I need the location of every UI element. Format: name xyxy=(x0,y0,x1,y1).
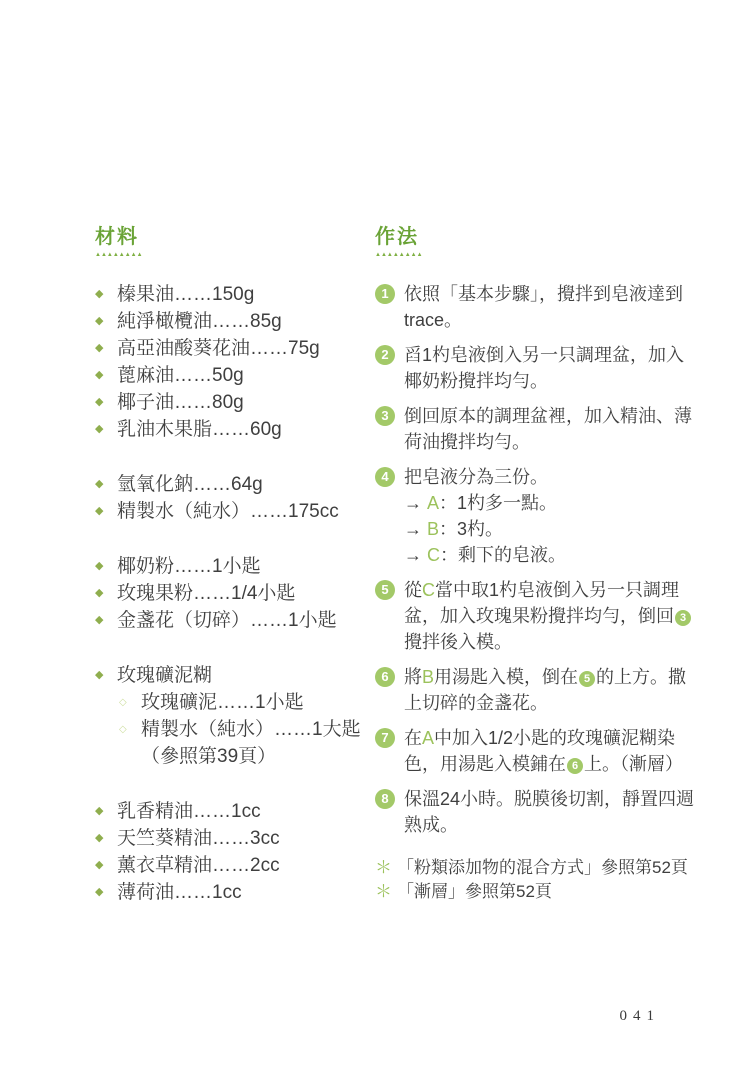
step-text-segment: 攪拌後入模。 xyxy=(404,632,512,652)
recipe-page: 材料 ▲▲▲▲▲▲▲▲ ◆榛果油……150g◆純淨橄欖油……85g◆高亞油酸葵花… xyxy=(0,0,750,1065)
step-number-badge: 3 xyxy=(375,406,395,426)
arrow-icon: → xyxy=(404,519,422,539)
method-title: 作法 xyxy=(375,226,697,248)
portion-line: →B：3杓。 xyxy=(404,516,696,542)
material-item-text: 玫瑰果粉……1/4小匙 xyxy=(117,580,295,607)
portion-text: ：1杓多一點。 xyxy=(439,493,557,513)
diamond-bullet-icon: ◆ xyxy=(95,281,117,308)
step-text-segment: 保溫24小時。脱膜後切割，靜置四週熟成。 xyxy=(404,789,694,835)
step-number-badge: 5 xyxy=(375,580,395,600)
open-diamond-bullet-icon: ◇ xyxy=(119,716,141,743)
step-text: 保溫24小時。脱膜後切割，靜置四週熟成。 xyxy=(404,786,696,838)
material-item: ◆純淨橄欖油……85g xyxy=(95,308,380,335)
material-item-text: 乳油木果脂……60g xyxy=(117,416,282,443)
method-step: 5從C當中取1杓皂液倒入另一只調理盆，加入玫瑰果粉攪拌均勻，倒回3攪拌後入模。 xyxy=(375,577,697,655)
diamond-bullet-icon: ◆ xyxy=(95,389,117,416)
material-item: ◆金盞花（切碎）……1小匙 xyxy=(95,607,380,634)
diamond-bullet-icon: ◆ xyxy=(95,308,117,335)
portion-ref-label: C xyxy=(422,580,435,600)
step-text-segment: 上。（漸層） xyxy=(584,754,683,774)
step-text: 把皂液分為三份。→A：1杓多一點。→B：3杓。→C：剩下的皂液。 xyxy=(404,464,696,568)
method-step: 3倒回原本的調理盆裡，加入精油、薄荷油攪拌均勻。 xyxy=(375,403,697,455)
step-text: 從C當中取1杓皂液倒入另一只調理盆，加入玫瑰果粉攪拌均勻，倒回3攪拌後入模。 xyxy=(404,577,696,655)
step-number-badge: 7 xyxy=(375,728,395,748)
portion-ref-label: A xyxy=(422,728,434,748)
material-item-text: 氫氧化鈉……64g xyxy=(117,471,263,498)
step-text-segment: 將 xyxy=(404,667,422,687)
material-item: ◆天竺葵精油……3cc xyxy=(95,825,380,852)
material-item: ◆薄荷油……1cc xyxy=(95,879,380,906)
material-group: ◆椰奶粉……1小匙◆玫瑰果粉……1/4小匙◆金盞花（切碎）……1小匙 xyxy=(95,553,380,634)
material-item: ◆乳油木果脂……60g xyxy=(95,416,380,443)
note-asterisk-icon: ＊ xyxy=(375,880,397,904)
open-diamond-bullet-icon: ◇ xyxy=(119,689,141,716)
material-item: ◆精製水（純水）……175cc xyxy=(95,498,380,525)
step-number-badge: 1 xyxy=(375,284,395,304)
diamond-bullet-icon: ◆ xyxy=(95,798,117,825)
material-item-text: 乳香精油……1cc xyxy=(117,798,261,825)
inline-step-ref-badge: 5 xyxy=(579,671,595,687)
portion-ref-label: B xyxy=(422,667,434,687)
step-text: 舀1杓皂液倒入另一只調理盆，加入椰奶粉攪拌均勻。 xyxy=(404,342,696,394)
diamond-bullet-icon: ◆ xyxy=(95,825,117,852)
diamond-bullet-icon: ◆ xyxy=(95,879,117,906)
material-item-text: 玫瑰礦泥糊 xyxy=(117,662,212,689)
portion-label: A xyxy=(427,493,439,513)
method-step: 6將B用湯匙入模，倒在5的上方。撒上切碎的金盞花。 xyxy=(375,664,697,716)
material-group: ◆玫瑰礦泥糊◇玫瑰礦泥……1小匙◇精製水（純水）……1大匙（參照第39頁） xyxy=(95,662,380,770)
material-item: ◆榛果油……150g xyxy=(95,281,380,308)
material-item: ◆高亞油酸葵花油……75g xyxy=(95,335,380,362)
step-text-segment: 舀1杓皂液倒入另一只調理盆，加入椰奶粉攪拌均勻。 xyxy=(404,345,684,391)
footnote-text: 「粉類添加物的混合方式」參照第52頁 xyxy=(397,856,688,880)
method-steps-list: 1依照「基本步驟」，攪拌到皂液達到trace。2舀1杓皂液倒入另一只調理盆，加入… xyxy=(375,281,697,838)
portion-text: ：3杓。 xyxy=(439,519,503,539)
footnote: ＊「粉類添加物的混合方式」參照第52頁 xyxy=(375,856,697,880)
portion-label: B xyxy=(427,519,439,539)
step-text-segment: 在 xyxy=(404,728,422,748)
material-item: ◇玫瑰礦泥……1小匙 xyxy=(95,689,380,716)
step-number-badge: 2 xyxy=(375,345,395,365)
diamond-bullet-icon: ◆ xyxy=(95,662,117,689)
material-item-text: 蓖麻油……50g xyxy=(117,362,244,389)
material-item: ◆椰奶粉……1小匙 xyxy=(95,553,380,580)
material-item: ◆玫瑰礦泥糊 xyxy=(95,662,380,689)
materials-heading: 材料 ▲▲▲▲▲▲▲▲ xyxy=(95,226,380,259)
material-item: （參照第39頁） xyxy=(95,743,380,770)
title-underline-icon: ▲▲▲▲▲▲▲▲ xyxy=(95,251,380,259)
inline-step-ref-badge: 3 xyxy=(675,610,691,626)
diamond-bullet-icon: ◆ xyxy=(95,580,117,607)
arrow-icon: → xyxy=(404,545,422,565)
portion-list: →A：1杓多一點。→B：3杓。→C：剩下的皂液。 xyxy=(404,490,696,568)
step-text: 依照「基本步驟」，攪拌到皂液達到trace。 xyxy=(404,281,696,333)
step-text-segment: 把皂液分為三份。 xyxy=(404,467,548,487)
portion-line: →C：剩下的皂液。 xyxy=(404,542,696,568)
diamond-bullet-icon: ◆ xyxy=(95,335,117,362)
diamond-bullet-icon: ◆ xyxy=(95,553,117,580)
material-item: ◆薰衣草精油……2cc xyxy=(95,852,380,879)
title-underline-icon: ▲▲▲▲▲▲▲▲ xyxy=(375,251,697,259)
diamond-bullet-icon: ◆ xyxy=(95,498,117,525)
material-item: ◆玫瑰果粉……1/4小匙 xyxy=(95,580,380,607)
step-number-badge: 6 xyxy=(375,667,395,687)
material-item-text: 精製水（純水）……175cc xyxy=(117,498,339,525)
material-item: ◆乳香精油……1cc xyxy=(95,798,380,825)
diamond-bullet-icon: ◆ xyxy=(95,471,117,498)
method-step: 2舀1杓皂液倒入另一只調理盆，加入椰奶粉攪拌均勻。 xyxy=(375,342,697,394)
material-item-text: 薄荷油……1cc xyxy=(117,879,242,906)
material-item-text: 榛果油……150g xyxy=(117,281,254,308)
step-text-segment: 當中取1杓皂液倒入另一只調理盆，加入玫瑰果粉攪拌均勻，倒回 xyxy=(404,580,679,626)
material-item-text: 椰子油……80g xyxy=(117,389,244,416)
inline-step-ref-badge: 6 xyxy=(567,758,583,774)
page-number: 041 xyxy=(620,1008,661,1025)
method-heading: 作法 ▲▲▲▲▲▲▲▲ xyxy=(375,226,697,259)
method-step: 4把皂液分為三份。→A：1杓多一點。→B：3杓。→C：剩下的皂液。 xyxy=(375,464,697,568)
portion-line: →A：1杓多一點。 xyxy=(404,490,696,516)
method-step: 7在A中加入1/2小匙的玫瑰礦泥糊染色，用湯匙入模鋪在6上。（漸層） xyxy=(375,725,697,777)
diamond-bullet-icon: ◆ xyxy=(95,362,117,389)
step-text-segment: 用湯匙入模，倒在 xyxy=(434,667,578,687)
method-notes: ＊「粉類添加物的混合方式」參照第52頁＊「漸層」參照第52頁 xyxy=(375,856,697,904)
material-item-text: 玫瑰礦泥……1小匙 xyxy=(141,689,304,716)
material-item: ◇精製水（純水）……1大匙 xyxy=(95,716,380,743)
material-item-text: 金盞花（切碎）……1小匙 xyxy=(117,607,337,634)
note-asterisk-icon: ＊ xyxy=(375,856,397,880)
method-step: 8保溫24小時。脱膜後切割，靜置四週熟成。 xyxy=(375,786,697,838)
arrow-icon: → xyxy=(404,493,422,513)
material-item-text: 薰衣草精油……2cc xyxy=(117,852,280,879)
portion-text: ：剩下的皂液。 xyxy=(440,545,566,565)
step-text: 倒回原本的調理盆裡，加入精油、薄荷油攪拌均勻。 xyxy=(404,403,696,455)
step-text-segment: 依照「基本步驟」，攪拌到皂液達到trace。 xyxy=(404,284,683,330)
materials-title: 材料 xyxy=(95,226,380,248)
diamond-bullet-icon: ◆ xyxy=(95,852,117,879)
material-item-text: 精製水（純水）……1大匙 xyxy=(141,716,361,743)
step-number-badge: 4 xyxy=(375,467,395,487)
diamond-bullet-icon: ◆ xyxy=(95,416,117,443)
materials-section: 材料 ▲▲▲▲▲▲▲▲ ◆榛果油……150g◆純淨橄欖油……85g◆高亞油酸葵花… xyxy=(95,226,380,934)
portion-label: C xyxy=(427,545,440,565)
method-section: 作法 ▲▲▲▲▲▲▲▲ 1依照「基本步驟」，攪拌到皂液達到trace。2舀1杓皂… xyxy=(375,226,697,904)
material-group: ◆氫氧化鈉……64g◆精製水（純水）……175cc xyxy=(95,471,380,525)
step-text-segment: 倒回原本的調理盆裡，加入精油、薄荷油攪拌均勻。 xyxy=(404,406,692,452)
step-text: 在A中加入1/2小匙的玫瑰礦泥糊染色，用湯匙入模鋪在6上。（漸層） xyxy=(404,725,696,777)
material-group: ◆榛果油……150g◆純淨橄欖油……85g◆高亞油酸葵花油……75g◆蓖麻油……… xyxy=(95,281,380,443)
material-item-text: 高亞油酸葵花油……75g xyxy=(117,335,320,362)
material-item-text: 天竺葵精油……3cc xyxy=(117,825,280,852)
material-item-text: 椰奶粉……1小匙 xyxy=(117,553,261,580)
material-item: ◆氫氧化鈉……64g xyxy=(95,471,380,498)
diamond-bullet-icon: ◆ xyxy=(95,607,117,634)
footnote-text: 「漸層」參照第52頁 xyxy=(397,880,552,904)
material-group: ◆乳香精油……1cc◆天竺葵精油……3cc◆薰衣草精油……2cc◆薄荷油……1c… xyxy=(95,798,380,906)
step-number-badge: 8 xyxy=(375,789,395,809)
step-text: 將B用湯匙入模，倒在5的上方。撒上切碎的金盞花。 xyxy=(404,664,696,716)
material-item-text: 純淨橄欖油……85g xyxy=(117,308,282,335)
step-text-segment: 從 xyxy=(404,580,422,600)
material-item: ◆椰子油……80g xyxy=(95,389,380,416)
material-item: ◆蓖麻油……50g xyxy=(95,362,380,389)
footnote: ＊「漸層」參照第52頁 xyxy=(375,880,697,904)
materials-list: ◆榛果油……150g◆純淨橄欖油……85g◆高亞油酸葵花油……75g◆蓖麻油……… xyxy=(95,281,380,906)
material-item-text: （參照第39頁） xyxy=(141,743,276,770)
method-step: 1依照「基本步驟」，攪拌到皂液達到trace。 xyxy=(375,281,697,333)
